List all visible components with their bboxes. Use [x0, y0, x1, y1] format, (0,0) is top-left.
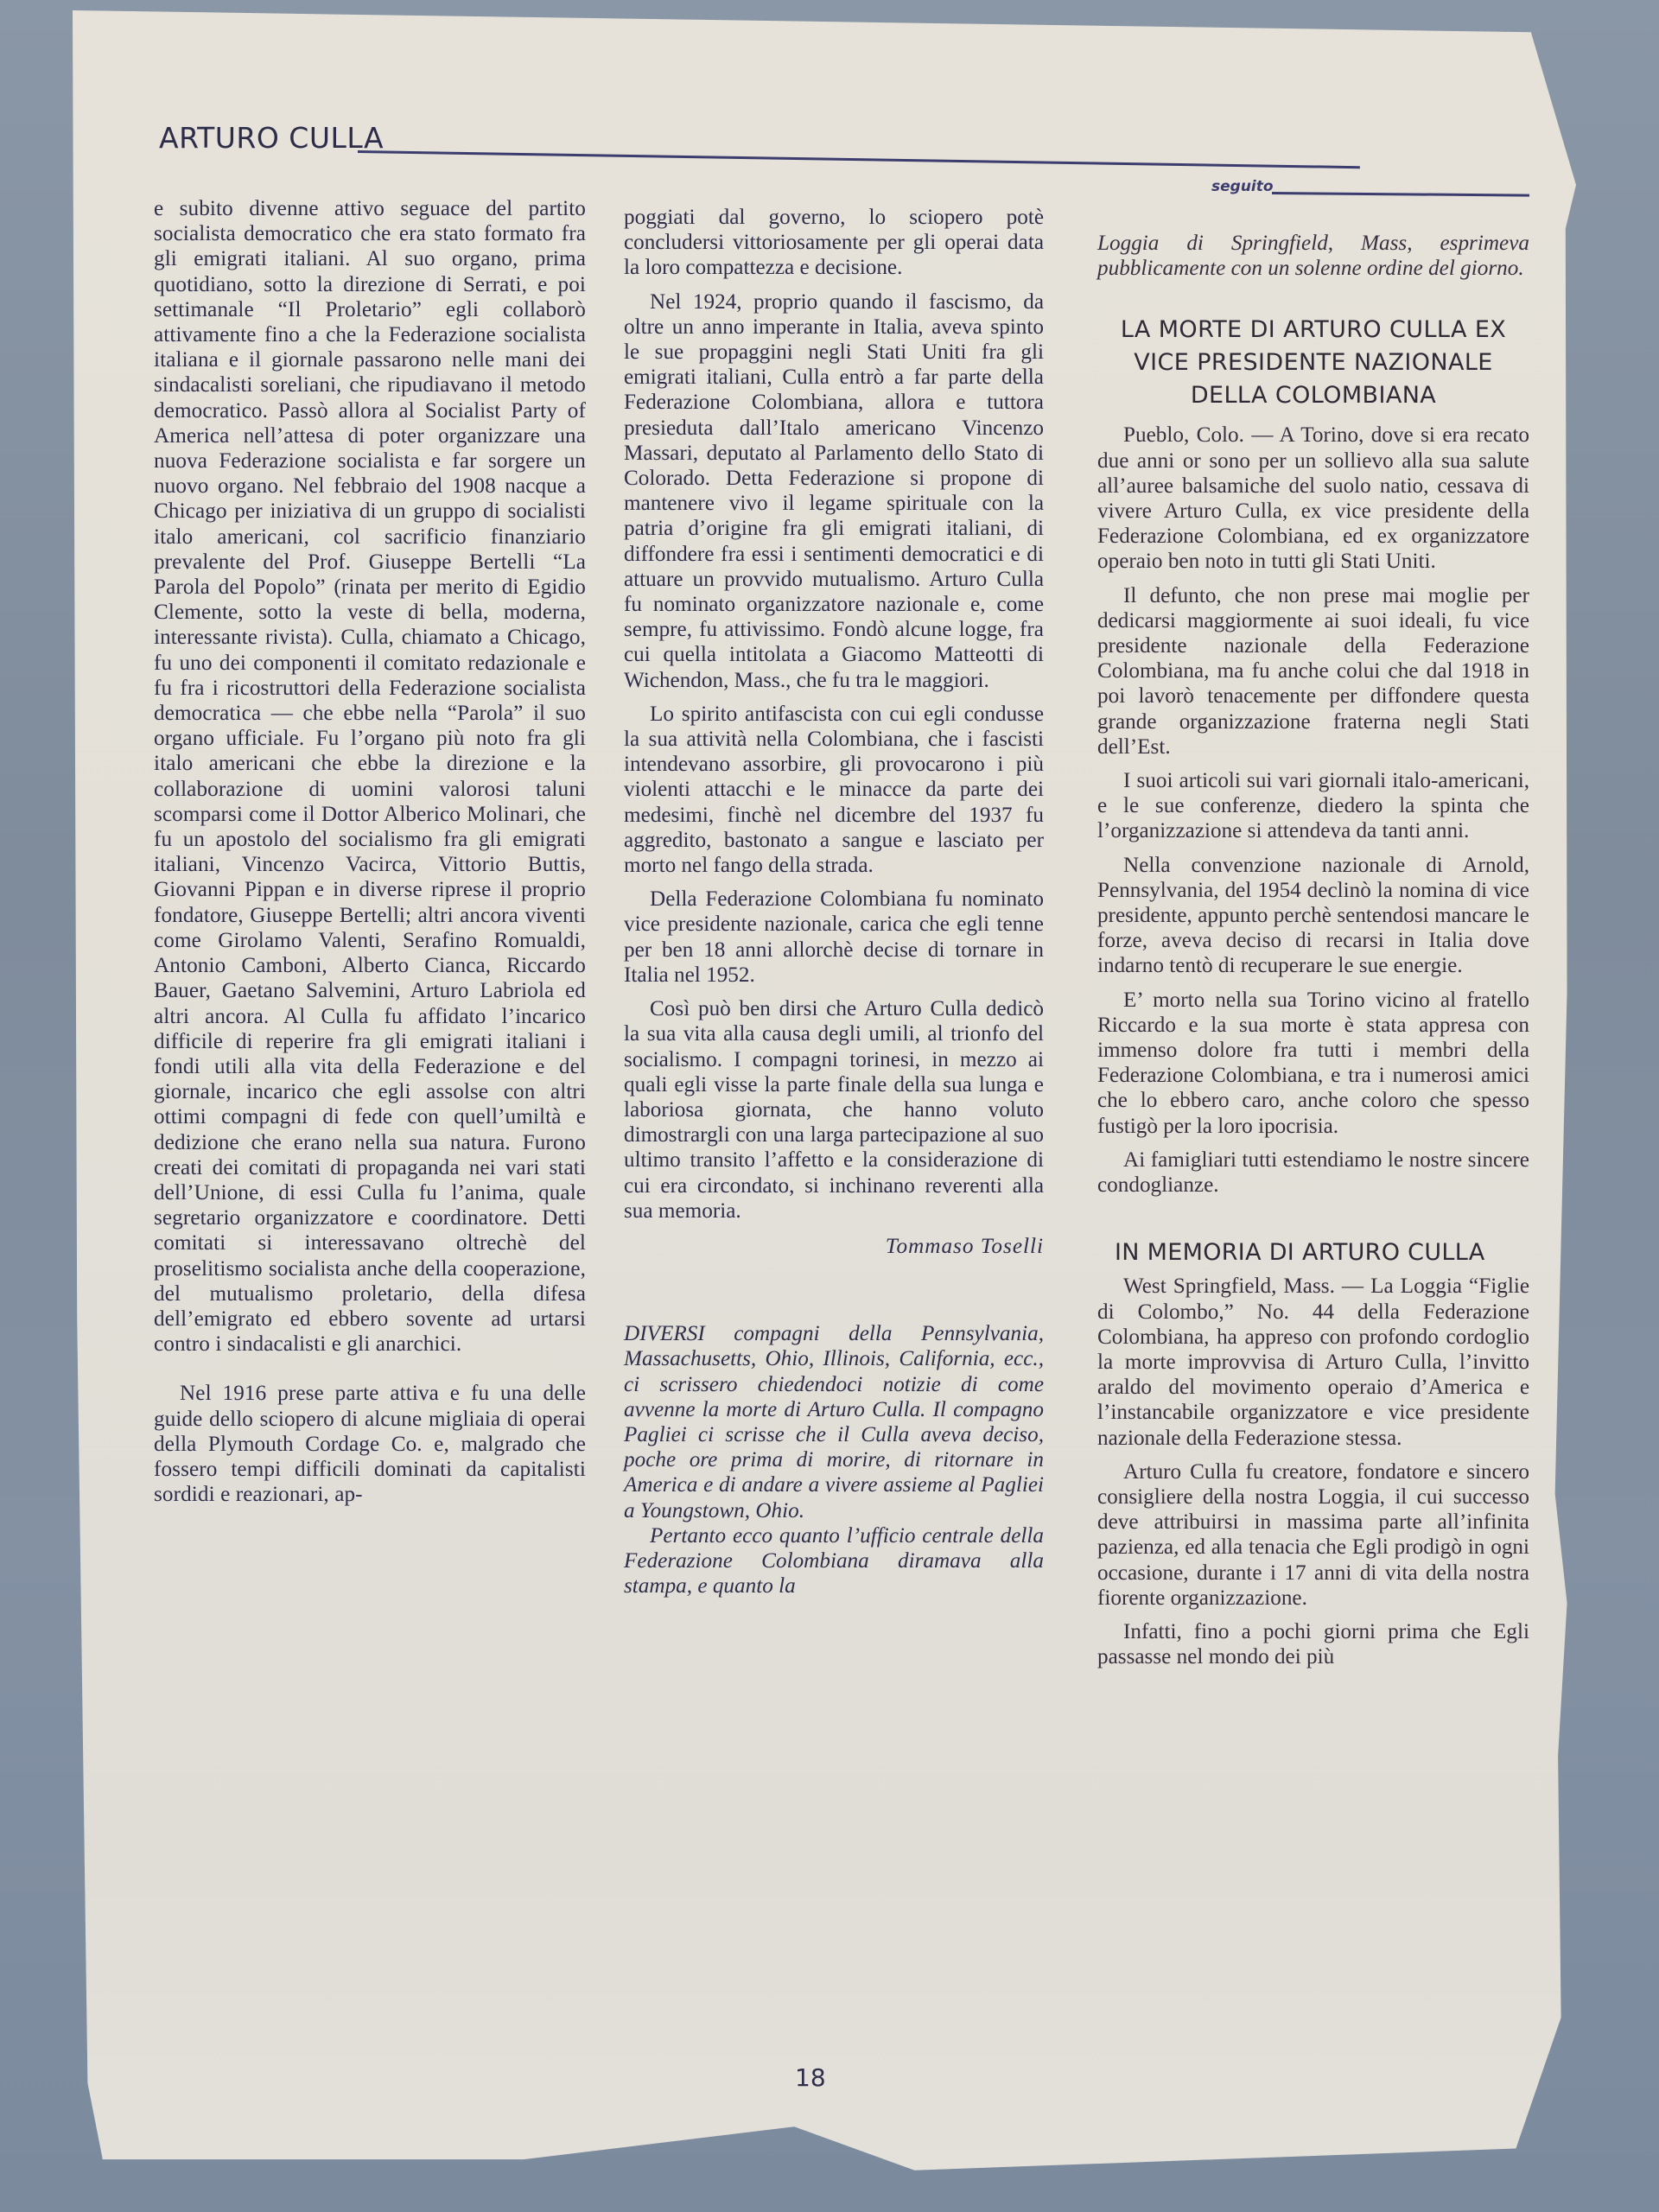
paragraph: Pueblo, Colo. — A Torino, dove si era re… — [1097, 423, 1529, 574]
author-signature: Tommaso Toselli — [624, 1234, 1044, 1259]
article-headline: IN MEMORIA DI ARTURO CULLA — [1115, 1237, 1529, 1268]
column-1: e subito divenne attivo seguace del part… — [154, 196, 586, 1507]
column-3: Loggia di Springfield, Mass, esprimeva p… — [1097, 231, 1529, 1669]
paragraph: poggiati dal governo, lo sciopero potè c… — [624, 205, 1044, 281]
paragraph: Ai famigliari tutti estendiamo le nostre… — [1097, 1147, 1529, 1198]
paragraph: West Springfield, Mass. — La Loggia “Fig… — [1097, 1274, 1529, 1450]
paragraph: DIVERSI compagni della Pennsylvania, Mas… — [624, 1321, 1044, 1523]
paragraph: Il defunto, che non prese mai moglie per… — [1097, 583, 1529, 760]
paragraph: Pertanto ecco quanto l’ufficio centrale … — [624, 1523, 1044, 1599]
paragraph: e subito divenne attivo seguace del part… — [154, 196, 586, 1357]
paragraph: E’ morto nella sua Torino vicino al frat… — [1097, 988, 1529, 1139]
page-number: 18 — [795, 2063, 826, 2092]
paragraph: Della Federazione Colombiana fu nominato… — [624, 887, 1044, 988]
article-headline: LA MORTE DI ARTURO CULLA EX VICE PRESIDE… — [1097, 314, 1529, 412]
paragraph: Nel 1924, proprio quando il fascismo, da… — [624, 289, 1044, 693]
page-header-title: ARTURO CULLA — [159, 121, 384, 155]
paragraph: Loggia di Springfield, Mass, esprimeva p… — [1097, 231, 1529, 281]
editorial-note: DIVERSI compagni della Pennsylvania, Mas… — [624, 1321, 1044, 1599]
continued-label: seguito — [1211, 178, 1274, 195]
paragraph: Arturo Culla fu creatore, fondatore e si… — [1097, 1459, 1529, 1611]
paragraph: Nel 1916 prese parte attiva e fu una del… — [154, 1381, 586, 1507]
paragraph: I suoi articoli sui vari giornali italo-… — [1097, 768, 1529, 844]
column-2: poggiati dal governo, lo sciopero potè c… — [624, 205, 1044, 1599]
paragraph: Così può ben dirsi che Arturo Culla dedi… — [624, 996, 1044, 1224]
header-rule-left — [358, 150, 1360, 168]
page-header: ARTURO CULLA seguito — [159, 121, 1529, 190]
paragraph: Lo spirito antifascista con cui egli con… — [624, 702, 1044, 878]
paragraph: Nella convenzione nazionale di Arnold, P… — [1097, 853, 1529, 979]
paragraph: Infatti, fino a pochi giorni prima che E… — [1097, 1619, 1529, 1669]
